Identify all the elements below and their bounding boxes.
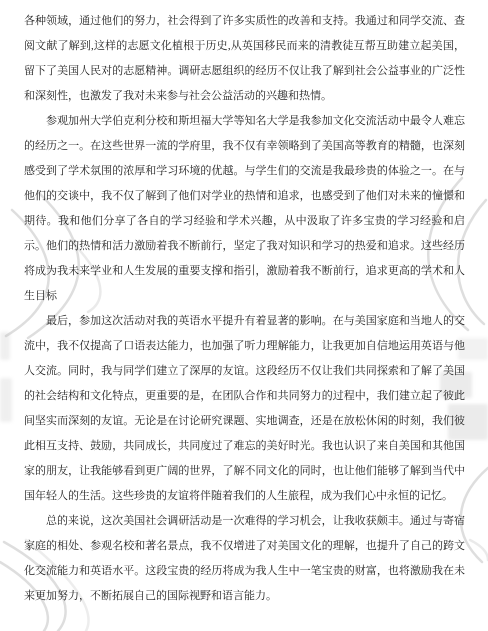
paragraph-1: 各种领域，通过他们的努力，社会得到了许多实质性的改善和支持。我通过和同学交流、查… bbox=[24, 9, 465, 109]
document-text: 各种领域，通过他们的努力，社会得到了许多实质性的改善和支持。我通过和同学交流、查… bbox=[24, 9, 465, 609]
watermark-glyph-fragment bbox=[0, 378, 12, 422]
watermark-glyph-fragment bbox=[0, 332, 10, 360]
paragraph-3: 最后，参加这次活动对我的英语水平提升有着显著的影响。在与美国家庭和当地人的交流中… bbox=[24, 309, 465, 509]
document-page: 各种领域，通过他们的努力，社会得到了许多实质性的改善和支持。我通过和同学交流、查… bbox=[0, 0, 488, 631]
paragraph-2: 参观加州大学伯克利分校和斯坦福大学等知名大学是我参加文化交流活动中最令人难忘的经… bbox=[24, 109, 465, 309]
paragraph-4: 总的来说，这次美国社会调研活动是一次难得的学习机会，让我收获颇丰。通过与寄宿家庭… bbox=[24, 509, 465, 609]
